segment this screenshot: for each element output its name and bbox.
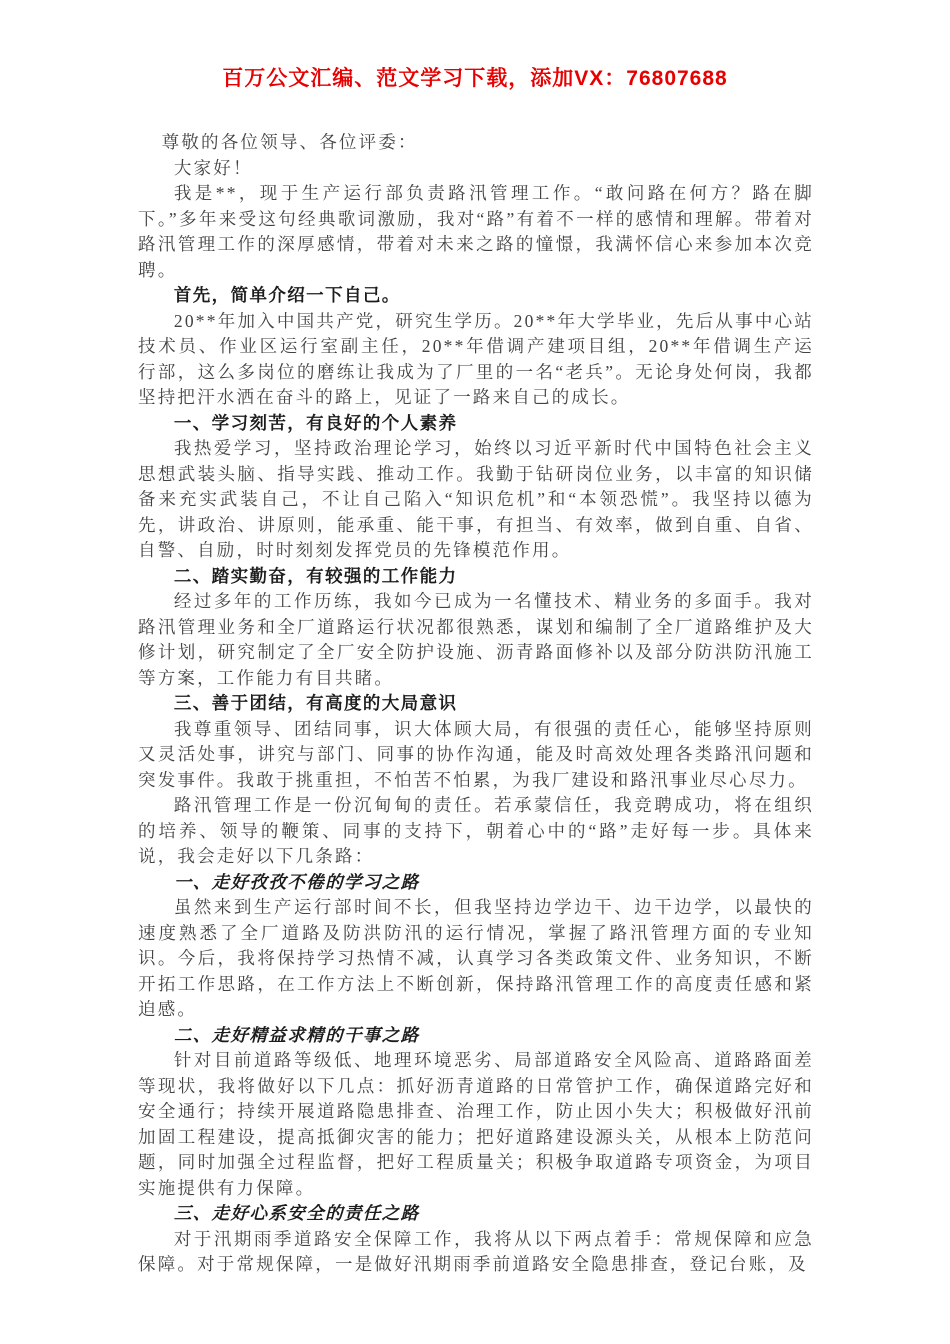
document-body: 尊敬的各位领导、各位评委：大家好！我是**，现于生产运行部负责路汛管理工作。“敢… [138,130,814,1278]
document-page: 百万公文汇编、范文学习下载，添加VX：76807688 尊敬的各位领导、各位评委… [0,0,950,1344]
section-heading: 二、踏实勤奋，有较强的工作能力 [138,564,814,590]
paragraph: 我尊重领导、团结同事，识大体顾大局，有很强的责任心，能够坚持原则又灵活处事，讲究… [138,717,814,794]
section-heading: 三、走好心系安全的责任之路 [138,1201,814,1227]
paragraph: 我是**，现于生产运行部负责路汛管理工作。“敢问路在何方？路在脚下。”多年来受这… [138,181,814,283]
salutation: 尊敬的各位领导、各位评委： [138,130,814,156]
paragraph: 针对目前道路等级低、地理环境恶劣、局部道路安全风险高、道路路面差等现状，我将做好… [138,1048,814,1201]
section-heading: 首先，简单介绍一下自己。 [138,283,814,309]
paragraph: 对于汛期雨季道路安全保障工作，我将从以下两点着手：常规保障和应急保障。对于常规保… [138,1227,814,1278]
paragraph: 经过多年的工作历练，我如今已成为一名懂技术、精业务的多面手。我对路汛管理业务和全… [138,589,814,691]
paragraph: 大家好！ [138,156,814,182]
paragraph: 我热爱学习，坚持政治理论学习，始终以习近平新时代中国特色社会主义思想武装头脑、指… [138,436,814,564]
section-heading: 一、走好孜孜不倦的学习之路 [138,870,814,896]
paragraph: 20**年加入中国共产党，研究生学历。20**年大学毕业，先后从事中心站技术员、… [138,309,814,411]
paragraph: 虽然来到生产运行部时间不长，但我坚持边学边干、边干边学，以最快的速度熟悉了全厂道… [138,895,814,1023]
promo-header-text: 百万公文汇编、范文学习下载，添加VX：76807688 [0,0,950,92]
section-heading: 三、善于团结，有高度的大局意识 [138,691,814,717]
paragraph: 路汛管理工作是一份沉甸甸的责任。若承蒙信任，我竞聘成功，将在组织的培养、领导的鞭… [138,793,814,870]
section-heading: 二、走好精益求精的干事之路 [138,1023,814,1049]
section-heading: 一、学习刻苦，有良好的个人素养 [138,411,814,437]
